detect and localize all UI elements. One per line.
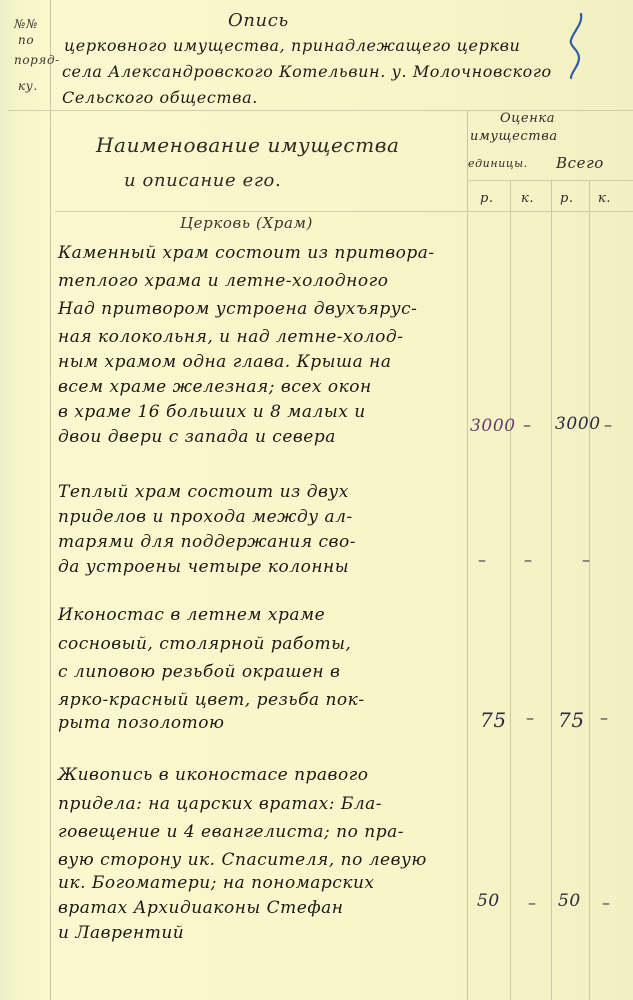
entry-line: Иконостас в летнем храме [58,605,325,625]
column-header-name: Наименование имущества [96,135,400,155]
document-page: №№ по поряд- ку. Опись церковного имущес… [0,0,633,1000]
entry-line: сосновый, столярной работы, [58,634,351,654]
entry-line: Над притвором устроена двухъярус- [58,299,417,319]
document-title: Опись [228,12,289,30]
entry-total-kop: – [600,708,608,727]
entry-line: вратах Архидиаконы Стефан [58,898,343,918]
margin-label-line: ку. [18,80,38,92]
entry-line: тарями для поддержания сво- [58,532,356,552]
margin-label-line: поряд- [14,54,60,66]
entry-total-kop: – [604,415,612,434]
header-line: села Александровского Котельвин. у. Моло… [62,64,552,80]
subcol-unit-kop: к. [521,192,534,205]
column-header-valuation: имущества [470,130,558,143]
column-header-valuation: Оценка [500,112,555,125]
entry-line: теплого храма и летне-холодного [58,271,388,291]
entry-line: ик. Богоматери; на пономарских [58,873,375,893]
entry-total-kop: – [582,550,590,569]
entry-line: двои двери с запада и севера [58,427,336,447]
entry-line: в храме 16 больших и 8 малых и [58,402,366,422]
entry-unit-kop: – [526,708,534,727]
entry-line: с липовою резьбой окрашен в [58,662,340,682]
entry-unit-rub: 3000 [470,418,516,435]
entry-unit-rub: 75 [480,710,507,730]
margin-label-line: №№ [14,18,38,30]
margin-label-line: по [18,34,34,46]
entry-line: вую сторону ик. Спасителя, по левую [58,850,427,870]
entry-line: приделов и прохода между ал- [58,507,353,527]
blue-pencil-mark-icon [565,12,589,80]
entry-line: всем храме железная; всех окон [58,377,372,397]
entry-line: и Лаврентий [58,923,184,943]
section-heading: Церковь (Храм) [180,216,313,231]
entry-unit-rub: – [478,550,486,569]
subcol-total-rub: р. [560,192,574,205]
entry-unit-rub: 50 [477,893,500,910]
entry-unit-kop: – [524,550,532,569]
entry-line: рыта позолотою [58,713,224,733]
subheader-rule [467,180,633,181]
entry-line: ным храмом одна глава. Крыша на [58,352,391,372]
entry-line: ярко-красный цвет, резьба пок- [58,690,365,710]
entry-line: Каменный храм состоит из притвора- [58,243,435,263]
column-header-name-sub: и описание его. [124,172,281,190]
column-header-per-unit: единицы. [468,158,528,169]
column-rule-total-kop [589,180,590,1000]
entry-line: Живопись в иконостасе правого [58,765,369,785]
header-bottom-rule [55,211,633,212]
entry-line: Теплый храм состоит из двух [58,482,349,502]
entry-total-kop: – [602,893,610,912]
entry-line: ная колокольня, и над летне-холод- [58,327,403,347]
column-rule-unit-rub [467,110,468,1000]
column-rule-unit-kop [510,180,511,1000]
column-rule-total-rub [551,180,552,1000]
margin-rule [50,0,51,1000]
entry-line: да устроены четыре колонны [58,557,349,577]
subcol-unit-rub: р. [480,192,494,205]
column-header-total: Всего [556,156,604,171]
entry-unit-kop: – [523,415,531,434]
entry-line: говещение и 4 евангелиста; по пра- [58,822,404,842]
header-line: Сельского общества. [62,90,258,106]
header-line: церковного имущества, принадлежащего цер… [64,38,520,54]
entry-total-rub: 3000 [555,416,601,433]
subcol-total-kop: к. [598,192,611,205]
entry-total-rub: 75 [558,710,585,730]
entry-line: придела: на царских вратах: Бла- [58,794,382,814]
entry-total-rub: 50 [558,893,581,910]
entry-unit-kop: – [528,893,536,912]
